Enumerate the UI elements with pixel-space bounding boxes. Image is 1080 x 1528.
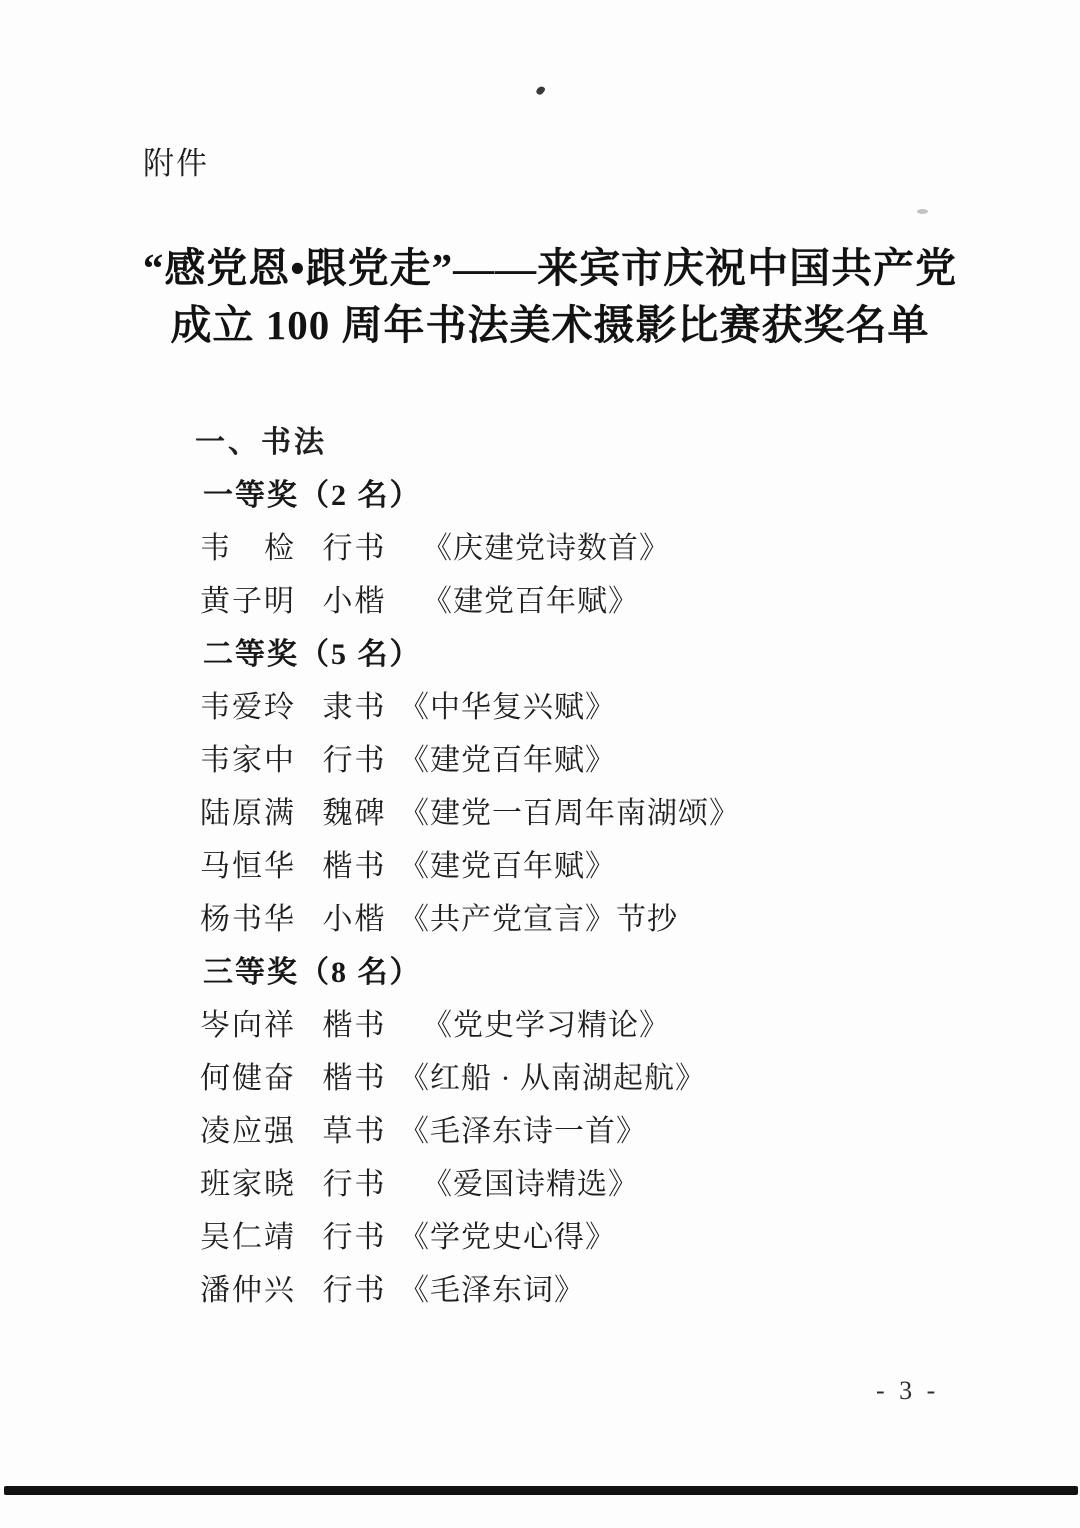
work-title: 《中华复兴赋》 <box>399 691 616 724</box>
scan-artifact <box>535 85 546 96</box>
title-line-1: “感党恩•跟党走”——来宾市庆祝中国共产党 <box>40 240 1060 297</box>
calligraphy-style: 行书 <box>323 522 387 575</box>
work-title: 《建党百年赋》 <box>422 585 639 618</box>
work-title: 《建党百年赋》 <box>399 744 616 777</box>
calligraphy-style: 小楷 <box>323 893 387 946</box>
award-entry: 韦家中 行书 《建党百年赋》 <box>195 734 1015 787</box>
work-title: 《毛泽东诗一首》 <box>399 1115 647 1148</box>
calligraphy-style: 魏碑 <box>323 787 387 840</box>
work-title: 《建党一百周年南湖颂》 <box>399 797 740 830</box>
title-line-2: 成立 100 周年书法美术摄影比赛获奖名单 <box>40 297 1060 354</box>
scan-artifact <box>917 209 928 214</box>
award-entry: 凌应强 草书 《毛泽东诗一首》 <box>195 1105 1015 1158</box>
winner-name: 陆原满 <box>200 787 297 840</box>
winner-name: 韦家中 <box>200 734 297 787</box>
calligraphy-style: 行书 <box>323 734 387 787</box>
award-entry: 吴仁靖 行书 《学党史心得》 <box>195 1211 1015 1264</box>
work-title: 《党史学习精论》 <box>422 1009 670 1042</box>
winner-name: 黄子明 <box>200 575 297 628</box>
prize-label-first: 一等奖（2 名） <box>195 469 1015 522</box>
winner-name: 潘仲兴 <box>200 1264 297 1317</box>
work-title: 《红船 · 从南湖起航》 <box>399 1062 706 1095</box>
winner-name: 韦 检 <box>200 522 297 575</box>
page-number: - 3 - <box>876 1376 939 1406</box>
award-entry: 潘仲兴 行书 《毛泽东词》 <box>195 1264 1015 1317</box>
scanned-document-page: 附件 “感党恩•跟党走”——来宾市庆祝中国共产党 成立 100 周年书法美术摄影… <box>0 0 1080 1528</box>
award-entry: 黄子明 小楷 《建党百年赋》 <box>195 575 1015 628</box>
work-title: 《建党百年赋》 <box>399 850 616 883</box>
award-entry: 韦爱玲 隶书 《中华复兴赋》 <box>195 681 1015 734</box>
award-entry: 杨书华 小楷 《共产党宣言》节抄 <box>195 893 1015 946</box>
section-heading-calligraphy: 一、书法 <box>195 416 1015 469</box>
winner-name: 班家晓 <box>200 1158 297 1211</box>
work-title: 《庆建党诗数首》 <box>422 532 670 565</box>
award-entry: 马恒华 楷书 《建党百年赋》 <box>195 840 1015 893</box>
calligraphy-style: 行书 <box>323 1264 387 1317</box>
winner-name: 吴仁靖 <box>200 1211 297 1264</box>
winner-name: 凌应强 <box>200 1105 297 1158</box>
work-title: 《毛泽东词》 <box>399 1274 585 1307</box>
calligraphy-style: 草书 <box>323 1105 387 1158</box>
award-entry: 岑向祥 楷书 《党史学习精论》 <box>195 999 1015 1052</box>
calligraphy-style: 行书 <box>323 1211 387 1264</box>
calligraphy-style: 隶书 <box>323 681 387 734</box>
award-list: 一、书法 一等奖（2 名） 韦 检 行书 《庆建党诗数首》 黄子明 小楷 《建党… <box>195 416 1015 1317</box>
winner-name: 杨书华 <box>200 893 297 946</box>
calligraphy-style: 楷书 <box>323 840 387 893</box>
winner-name: 岑向祥 <box>200 999 297 1052</box>
award-entry: 何健奋 楷书 《红船 · 从南湖起航》 <box>195 1052 1015 1105</box>
work-title: 《爱国诗精选》 <box>422 1168 639 1201</box>
award-entry: 陆原满 魏碑 《建党一百周年南湖颂》 <box>195 787 1015 840</box>
scan-edge-bar <box>4 1486 1078 1495</box>
winner-name: 马恒华 <box>200 840 297 893</box>
calligraphy-style: 行书 <box>323 1158 387 1211</box>
work-title: 《共产党宣言》节抄 <box>399 903 678 936</box>
winner-name: 何健奋 <box>200 1052 297 1105</box>
prize-label-third: 三等奖（8 名） <box>195 946 1015 999</box>
award-entry: 韦 检 行书 《庆建党诗数首》 <box>195 522 1015 575</box>
work-title: 《学党史心得》 <box>399 1221 616 1254</box>
winner-name: 韦爱玲 <box>200 681 297 734</box>
calligraphy-style: 楷书 <box>323 999 387 1052</box>
attachment-label: 附件 <box>143 138 209 183</box>
document-title: “感党恩•跟党走”——来宾市庆祝中国共产党 成立 100 周年书法美术摄影比赛获… <box>40 240 1060 354</box>
award-entry: 班家晓 行书 《爱国诗精选》 <box>195 1158 1015 1211</box>
calligraphy-style: 小楷 <box>323 575 387 628</box>
prize-label-second: 二等奖（5 名） <box>195 628 1015 681</box>
calligraphy-style: 楷书 <box>323 1052 387 1105</box>
